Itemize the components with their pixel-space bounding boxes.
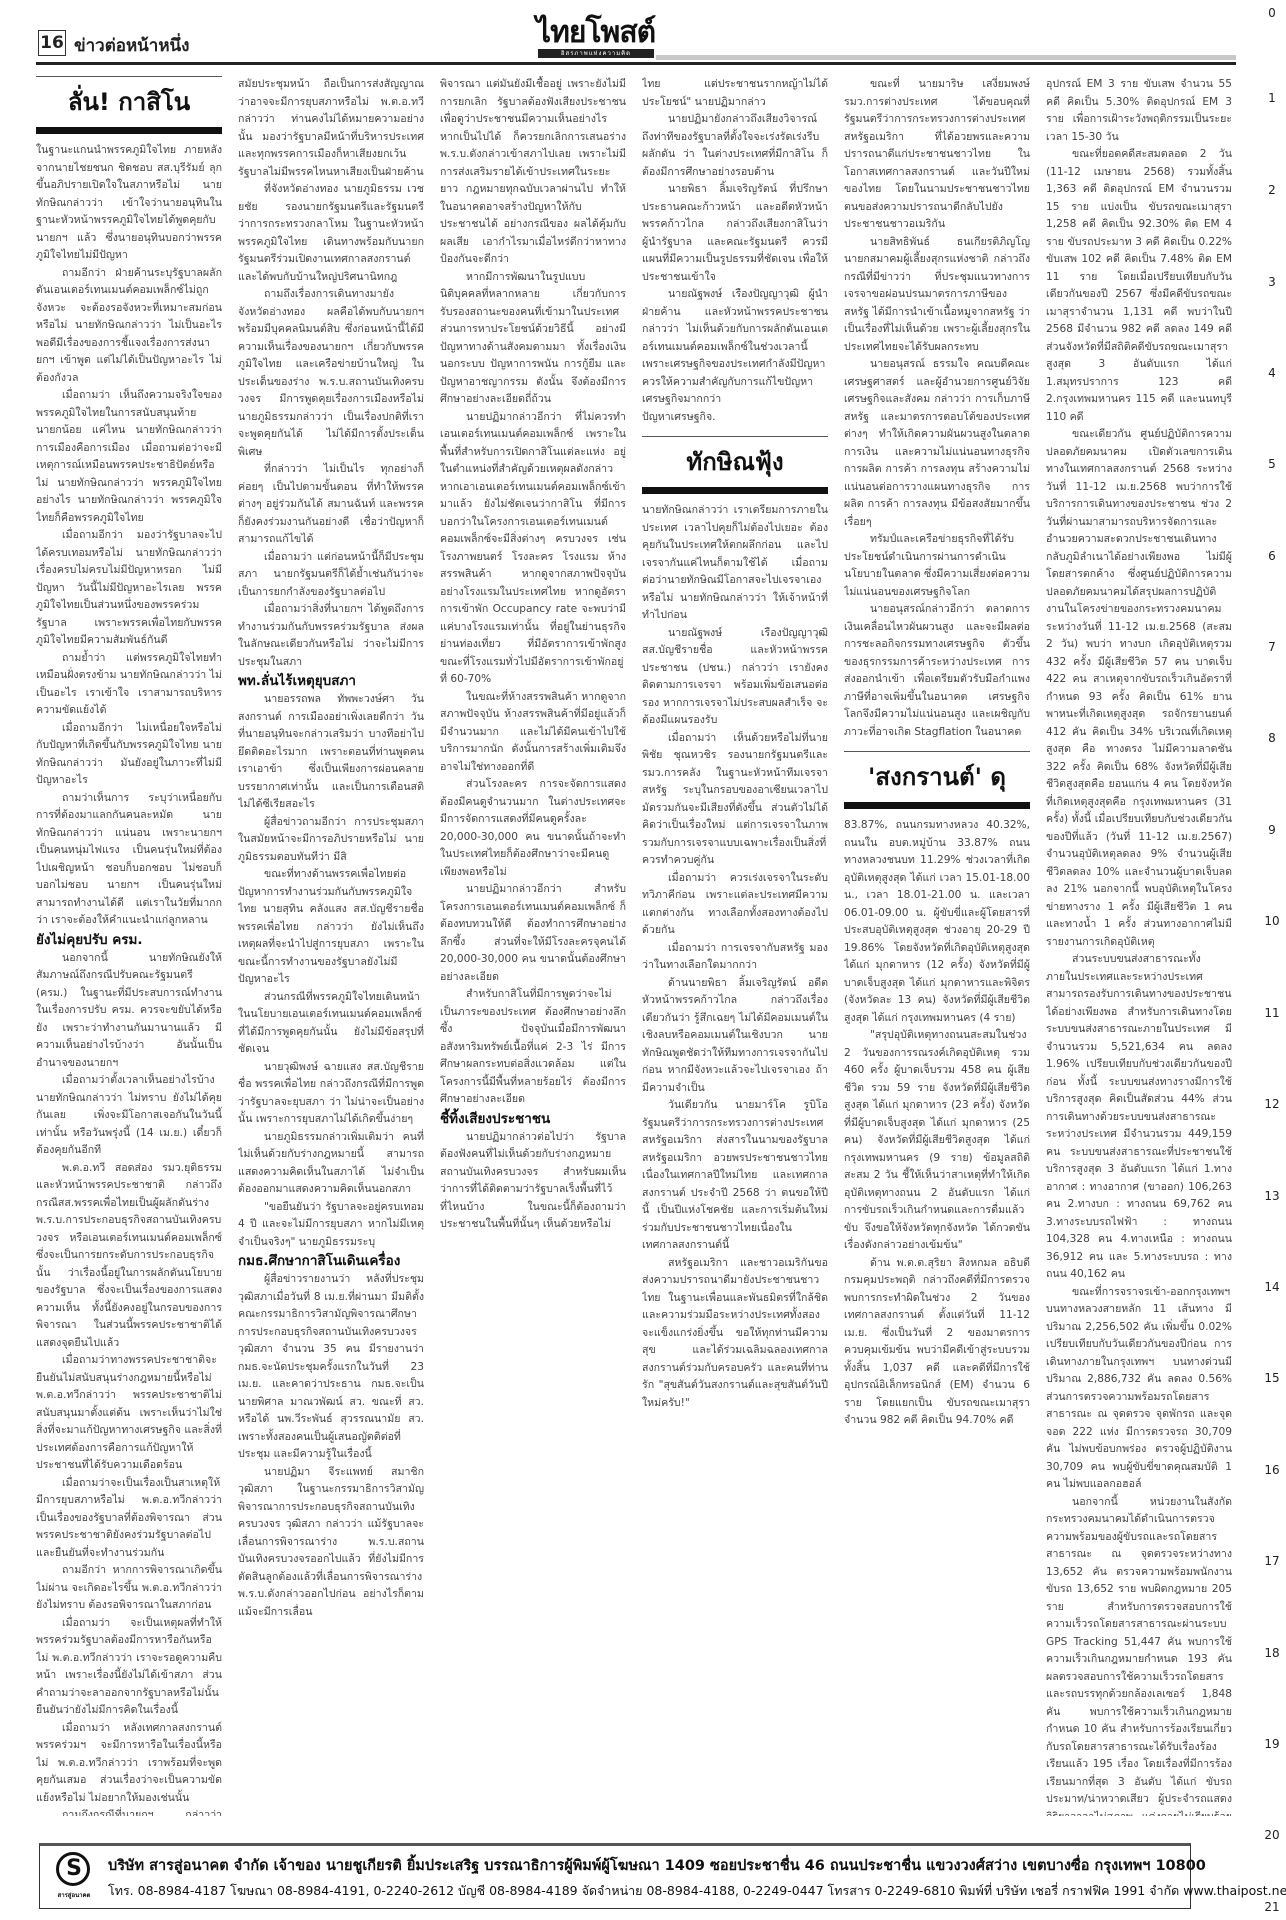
row-number: 8 bbox=[1262, 731, 1282, 745]
article-columns: ลั่น! กาสิโน ในฐานะแกนนำพรรคภูมิใจไทย ภา… bbox=[36, 76, 1236, 1816]
imprint-address: บริษัท สารสู่อนาคต จำกัด เจ้าของ นายชูเก… bbox=[108, 1854, 1206, 1877]
paragraph: 83.87%, ถนนกรมทางหลวง 40.32%, ถนนใน อบต.… bbox=[844, 817, 1030, 1027]
paragraph: วันเดียวกัน นายมาร์โค รูบิโอ รัฐมนตรีว่า… bbox=[642, 1097, 828, 1255]
column-3: พิจารณา แต่มันยังมีเชื้ออยู่ เพราะยังไม่… bbox=[440, 76, 626, 1816]
paragraph: "สรุปอุบัติเหตุทางถนนสะสมในช่วง 2 วันของ… bbox=[844, 1027, 1030, 1255]
newspaper-logo: ไทยโพสต์ อิสรภาพแห่งความคิด bbox=[536, 18, 656, 58]
paragraph: สมัยประชุมหน้า ถือเป็นการส่งสัญญาณว่าอาจ… bbox=[238, 76, 424, 181]
paragraph: เมื่อถามอีกว่า มองว่ารัฐบาลจะไปได้ครบเทอ… bbox=[36, 527, 222, 650]
headline-top-rule bbox=[844, 751, 1030, 752]
paragraph: นายอรรถพล ทัพพะวงษ์ศา วัน สงกรานต์ การเม… bbox=[238, 691, 424, 814]
paragraph: เมื่อถามว่า เห็นถึงความจริงใจของพรรคภูมิ… bbox=[36, 387, 222, 527]
row-number: 16 bbox=[1262, 1463, 1282, 1477]
paragraph: ถามถึงกรณีที่นายกฯ กล่าวว่า ปริศนานิทกฎ … bbox=[36, 1807, 222, 1816]
imprint-contacts: โทร. 08-8984-4187 โฆษณา 08-8984-4191, 0-… bbox=[108, 1881, 1286, 1901]
publisher-imprint: S สารสู่อนาคต บริษัท สารสู่อนาคต จำกัด เ… bbox=[39, 1843, 1191, 1909]
headline-top-rule bbox=[642, 436, 828, 437]
paragraph: ขณะที่ยอดคดีสะสมตลอด 2 วัน (11-12 เมษายน… bbox=[1046, 146, 1232, 426]
paragraph: "ขอยืนยันว่า รัฐบาลจะอยู่ครบเทอม 4 ปี แล… bbox=[238, 1199, 424, 1252]
headline-songkran: 'สงกรานต์' ดุ bbox=[844, 751, 1030, 809]
paragraph: ที่จังหวัดอ่างทอง นายภูมิธรรม เวชยชัย รอ… bbox=[238, 181, 424, 286]
paragraph: นายวุฒิพงษ์ ฉายแสง สส.บัญชีรายชื่อ พรรคเ… bbox=[238, 1059, 424, 1129]
section-title: ข่าวต่อหน้าหนึ่ง bbox=[74, 32, 189, 59]
paragraph: นอกจากนี้ หน่วยงานในสังกัดกระทรวงคมนาคมไ… bbox=[1046, 1494, 1232, 1817]
paragraph: ปัญหาเศรษฐกิจ. bbox=[642, 409, 828, 427]
paragraph: ผู้สื่อข่าวถามอีกว่า การประชุมสภาในสมัยห… bbox=[238, 814, 424, 867]
row-number: 13 bbox=[1262, 1189, 1282, 1203]
row-number: 20 bbox=[1262, 1828, 1282, 1842]
paragraph: นายปฏิมากล่าวต่อไปว่า รัฐบาลต้องฟังคนที่… bbox=[440, 1129, 626, 1234]
paragraph: ขณะที่ทางด้านพรรคเพื่อไทยต่อปัญหาการทำงา… bbox=[238, 866, 424, 989]
paragraph: เมื่อถามว่า ควรเร่งเจรจาในระดับทวิภาคีก่… bbox=[642, 870, 828, 940]
paragraph: นายอนุสรณ์ ธรรมใจ คณบดีคณะเศรษฐศาสตร์ แล… bbox=[844, 356, 1030, 531]
row-number: 21 bbox=[1262, 1900, 1282, 1914]
publisher-logo-icon: S สารสู่อนาคต bbox=[54, 1852, 94, 1902]
paragraph: ถามอีกว่า ฝ่ายค้านระบุรัฐบาลผลักดันเอนเต… bbox=[36, 265, 222, 388]
headline-top-rule bbox=[36, 76, 222, 77]
paragraph: ไทย แต่ประชาชนรากหญ้าไม่ได้ประโยชน์" นาย… bbox=[642, 76, 828, 111]
paragraph: ขณะที่การจราจรเข้า-ออกกรุงเทพฯ บนทางหลวง… bbox=[1046, 1284, 1232, 1494]
paragraph: เมื่อถามว่าทางพรรคประชาชาติจะยืนยันไม่สน… bbox=[36, 1352, 222, 1475]
paragraph: ในขณะที่ห้างสรรพสินค้า หากดูจากสภาพปัจจุ… bbox=[440, 689, 626, 777]
paragraph: ถามอีกว่า หากการพิจารณาเกิดขึ้นไม่ผ่าน จ… bbox=[36, 1562, 222, 1615]
headline-bottom-rule bbox=[36, 127, 222, 134]
paragraph: นายภูมิธรรมกล่าวเพิ่มเติมว่า คนที่ไม่เห็… bbox=[238, 1129, 424, 1199]
column-1: ลั่น! กาสิโน ในฐานะแกนนำพรรคภูมิใจไทย ภา… bbox=[36, 76, 222, 1816]
paragraph: นายณัฐพงษ์ เรืองปัญญาวุฒิ ผู้นำฝ่ายค้าน … bbox=[642, 286, 828, 409]
paragraph: เมื่อถามอีกว่า ไม่เหนื่อยใจหรือไม่กับปัญ… bbox=[36, 720, 222, 790]
headline-thaksin: ทักษิณฟุ้ง bbox=[642, 436, 828, 494]
paragraph: นายณัฐพงษ์ เรืองปัญญาวุฒิ สส.บัญชีรายชื่… bbox=[642, 625, 828, 730]
row-number: 17 bbox=[1262, 1554, 1282, 1568]
paragraph: เมื่อถามว่า เห็นด้วยหรือไม่ที่นายพิชัย ช… bbox=[642, 730, 828, 870]
row-number: 9 bbox=[1262, 823, 1282, 837]
subhead-no-dissolve: พท.ลั่นไร้เหตุยุบสภา bbox=[238, 671, 424, 691]
paragraph: หากมีการพัฒนาในรูปแบบนิติบุคคลที่หลากหลา… bbox=[440, 269, 626, 409]
column-4: ไทย แต่ประชาชนรากหญ้าไม่ได้ประโยชน์" นาย… bbox=[642, 76, 828, 1816]
paragraph: ถามย้ำว่า แต่พรรคภูมิใจไทยทำเหมือนฝั่งตร… bbox=[36, 650, 222, 720]
paragraph: ถามว่าเห็นการ ระบุว่าเหนื่อยกับการที่ต้อ… bbox=[36, 790, 222, 930]
headline-casino: ลั่น! กาสิโน bbox=[36, 76, 222, 134]
paragraph: เมื่อถามว่า การเจรจากับสหรัฐ มองว่าในทาง… bbox=[642, 940, 828, 975]
paragraph: ถามถึงเรื่องการเดินทางมายังจังหวัดอ่างทอ… bbox=[238, 286, 424, 461]
paragraph: เมื่อถามว่าสิ่งที่นายกฯ ได้พูดถึงการทำงา… bbox=[238, 601, 424, 671]
row-number: 19 bbox=[1262, 1737, 1282, 1751]
row-number: 15 bbox=[1262, 1371, 1282, 1385]
row-number-gutter: 0 1 2 3 4 5 6 7 8 9 10 11 12 13 14 15 16… bbox=[1262, 0, 1286, 1920]
row-number: 6 bbox=[1262, 549, 1282, 563]
paragraph: นายทักษิณกล่าวว่า เราเตรียมการภายในประเท… bbox=[642, 502, 828, 625]
logo-caption: สารสู่อนาคต bbox=[52, 1890, 96, 1900]
paragraph: ในฐานะแกนนำพรรคภูมิใจไทย ภายหลังจากนายไช… bbox=[36, 142, 222, 265]
headline-bottom-rule bbox=[642, 487, 828, 494]
paragraph: นายปฏิมา จีระแพทย์ สมาชิกวุฒิสภา ในฐานะก… bbox=[238, 1464, 424, 1622]
paragraph: ด้านนายพิธา ลิ้มเจริญรัตน์ อดีตหัวหน้าพร… bbox=[642, 975, 828, 1098]
paragraph: นายสิทธิพันธ์ ธนเกียรติภิญโญ นายกสมาคมผู… bbox=[844, 234, 1030, 357]
paragraph: นายพิธา ลิ้มเจริญรัตน์ ที่ปรึกษาประธานคณ… bbox=[642, 181, 828, 286]
subhead-cabinet: ยังไม่คุยปรับ ครม. bbox=[36, 930, 222, 950]
header-grey-rule bbox=[656, 55, 1236, 60]
row-number: 14 bbox=[1262, 1280, 1282, 1294]
paragraph: เมื่อถามว่า จะเป็นเหตุผลที่ทำให้พรรคร่วม… bbox=[36, 1615, 222, 1720]
row-number: 5 bbox=[1262, 457, 1282, 471]
row-number: 4 bbox=[1262, 366, 1282, 380]
headline-text: 'สงกรานต์' ดุ bbox=[844, 760, 1030, 794]
paragraph: เมื่อถามว่าตั้งเวลาเห็นอย่างไรบ้าง นายทั… bbox=[36, 1072, 222, 1160]
headline-text: ลั่น! กาสิโน bbox=[36, 85, 222, 119]
paragraph: พิจารณา แต่มันยังมีเชื้ออยู่ เพราะยังไม่… bbox=[440, 76, 626, 269]
subhead-ignore-public: ชี้ทิ้งเสียงประชาชน bbox=[440, 1109, 626, 1129]
subhead-committee: กมธ.ศึกษากาสิโนเดินเครื่อง bbox=[238, 1251, 424, 1271]
paragraph: อุปกรณ์ EM 3 ราย ขับเสพ จำนวน 55 คดี คิด… bbox=[1046, 76, 1232, 146]
logo-s-glyph: S bbox=[54, 1854, 94, 1884]
paragraph: ที่กล่าวว่า ไม่เป็นไร ทุกอย่างก็ค่อยๆ เป… bbox=[238, 461, 424, 549]
paragraph: ส่วนกรณีที่พรรคภูมิใจไทยเดินหน้าในนโยบาย… bbox=[238, 989, 424, 1059]
paragraph: ส่วนโรงละคร การจะจัดการแสดงต้องมีคนดูจำน… bbox=[440, 776, 626, 881]
paragraph: สหรัฐอเมริกา และชาวอเมริกันขอส่งความปราร… bbox=[642, 1255, 828, 1413]
row-number: 0 bbox=[1262, 6, 1282, 20]
logo-wordmark: ไทยโพสต์ bbox=[536, 18, 656, 48]
paragraph: นายปฏิมากล่าวอีกว่า ที่ไม่ควรทำเอนเตอร์เ… bbox=[440, 409, 626, 689]
paragraph: สำหรับกาสิโนที่มีการพูดว่าจะไม่เป็นภาระข… bbox=[440, 986, 626, 1109]
row-number: 3 bbox=[1262, 275, 1282, 289]
row-number: 11 bbox=[1262, 1006, 1282, 1020]
row-number: 7 bbox=[1262, 640, 1282, 654]
header-rule bbox=[36, 62, 1236, 65]
paragraph: นายปฏิมายังกล่าวถึงเสียงวิจารณ์ถึงท่าทีข… bbox=[642, 111, 828, 181]
paragraph: ด้าน พ.ต.ต.สุริยา สิงหกมล อธิบดีกรมคุมปร… bbox=[844, 1255, 1030, 1430]
newspaper-page: 16 ข่าวต่อหน้าหนึ่ง ไทยโพสต์ อิสรภาพแห่ง… bbox=[36, 0, 1236, 1920]
headline-text: ทักษิณฟุ้ง bbox=[642, 445, 828, 479]
paragraph: พ.ต.อ.ทวี สอดส่อง รมว.ยุติธรรม และหัวหน้… bbox=[36, 1160, 222, 1353]
paragraph: ผู้สื่อข่าวรายงานว่า หลังที่ประชุมวุฒิสภ… bbox=[238, 1271, 424, 1464]
row-number: 12 bbox=[1262, 1097, 1282, 1111]
paragraph: เมื่อถามว่า แต่ก่อนหน้านี้ก็มีประชุมสภา … bbox=[238, 549, 424, 602]
paragraph: ทรัมป์และเครือข่ายธุรกิจที่ได้รับประโยชน… bbox=[844, 531, 1030, 601]
column-2: สมัยประชุมหน้า ถือเป็นการส่งสัญญาณว่าอาจ… bbox=[238, 76, 424, 1816]
column-6: อุปกรณ์ EM 3 ราย ขับเสพ จำนวน 55 คดี คิด… bbox=[1046, 76, 1232, 1816]
paragraph: เมื่อถามว่า หลังเทศกาลสงกรานต์ พรรคร่วมฯ… bbox=[36, 1720, 222, 1808]
paragraph: นอกจากนี้ นายทักษิณยังให้สัมภาษณ์ถึงกรณี… bbox=[36, 950, 222, 1073]
row-number: 18 bbox=[1262, 1646, 1282, 1660]
headline-bottom-rule bbox=[844, 802, 1030, 809]
paragraph: นายอนุสรณ์กล่าวอีกว่า ตลาดการเงินเคลื่อน… bbox=[844, 601, 1030, 741]
paragraph: เมื่อถามว่าจะเป็นเรื่องเป็นสาเหตุให้มีกา… bbox=[36, 1475, 222, 1563]
logo-tagline: อิสรภาพแห่งความคิด bbox=[538, 49, 654, 58]
paragraph: ส่วนระบบขนส่งสาธารณะทั้งภายในประเทศและระ… bbox=[1046, 951, 1232, 1284]
page-number: 16 bbox=[38, 30, 66, 56]
row-number: 10 bbox=[1262, 914, 1282, 928]
row-number: 1 bbox=[1262, 91, 1282, 105]
row-number: 2 bbox=[1262, 183, 1282, 197]
paragraph: ขณะเดียวกัน ศูนย์ปฏิบัติการความปลอดภัยคม… bbox=[1046, 426, 1232, 951]
column-5: ขณะที่ นายมาริษ เสงี่ยมพงษ์ รมว.การต่างป… bbox=[844, 76, 1030, 1816]
paragraph: นายปฏิมากล่าวอีกว่า สำหรับโครงการเอนเตอร… bbox=[440, 881, 626, 986]
paragraph: ขณะที่ นายมาริษ เสงี่ยมพงษ์ รมว.การต่างป… bbox=[844, 76, 1030, 234]
